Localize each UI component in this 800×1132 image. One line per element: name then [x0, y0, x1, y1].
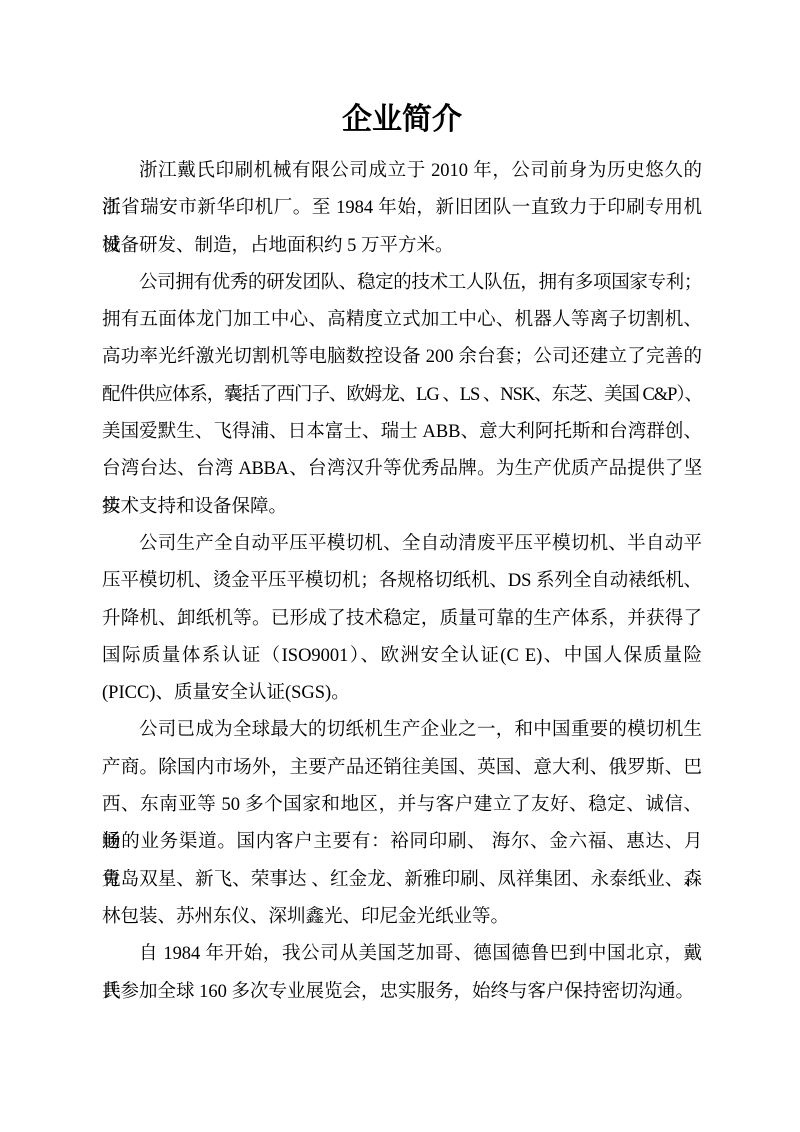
text-line: 自 1984 年开始，我公司从美国芝加哥、德国德鲁巴到中国北京，戴氏: [102, 936, 702, 973]
document-body: 浙江戴氏印刷机械有限公司成立于 2010 年，公司前身为历史悠久的浙江省瑞安市新…: [102, 153, 702, 1011]
text-line: 共参加全球 160 多次专业展览会，忠实服务，始终与客户保持密切沟通。: [102, 974, 702, 1011]
text-line: 高功率光纤激光切割机等电脑数控设备 200 余台套；公司还建立了完善的: [102, 339, 702, 376]
text-line: 压平模切机、烫金平压平模切机；各规格切纸机、DS 系列全自动裱纸机、: [102, 563, 702, 600]
text-line: 公司拥有优秀的研发团队、稳定的技术工人队伍，拥有多项国家专利；: [102, 265, 702, 302]
text-line: (PICC)、质量安全认证(SGS)。: [102, 675, 702, 712]
text-line: 技术支持和设备保障。: [102, 489, 702, 526]
text-line: 美国爱默生、飞得浦、日本富士、瑞士 ABB、意大利阿托斯和台湾群创、: [102, 414, 702, 451]
text-line: 青岛双星、新飞、荣事达 、红金龙、新雅印刷、凤祥集团、永泰纸业、森: [102, 862, 702, 899]
text-line: 配件供应体系，囊括了西门子、欧姆龙、LG 、LS 、NSK、东芝、美国 C&P）…: [102, 377, 702, 414]
text-line: 产商。除国内市场外，主要产品还销往美国、英国、意大利、俄罗斯、巴: [102, 750, 702, 787]
text-line: 设备研发、制造，占地面积约 5 万平方米。: [102, 228, 702, 265]
text-line: 江省瑞安市新华印机厂。至 1984 年始，新旧团队一直致力于印刷专用机械: [102, 190, 702, 227]
text-line: 浙江戴氏印刷机械有限公司成立于 2010 年，公司前身为历史悠久的浙: [102, 153, 702, 190]
text-line: 国际质量体系认证（ISO9001）、欧洲安全认证(C E)、中国人保质量险: [102, 638, 702, 675]
document-page: 企业简介 浙江戴氏印刷机械有限公司成立于 2010 年，公司前身为历史悠久的浙江…: [0, 0, 800, 1132]
text-line: 升降机、卸纸机等。已形成了技术稳定，质量可靠的生产体系，并获得了: [102, 601, 702, 638]
text-line: 西、东南亚等 50 多个国家和地区，并与客户建立了友好、稳定、诚信、畅: [102, 787, 702, 824]
text-line: 台湾台达、台湾 ABBA、台湾汉升等优秀品牌。为生产优质产品提供了坚实: [102, 451, 702, 488]
document-title: 企业简介: [102, 97, 702, 143]
text-line: 通的业务渠道。国内客户主要有：裕同印刷、 海尔、金六福、惠达、月兔、: [102, 824, 702, 861]
text-line: 拥有五面体龙门加工中心、高精度立式加工中心、机器人等离子切割机、: [102, 302, 702, 339]
text-line: 公司已成为全球最大的切纸机生产企业之一，和中国重要的模切机生: [102, 712, 702, 749]
text-line: 林包装、苏州东仪、深圳鑫光、印尼金光纸业等。: [102, 899, 702, 936]
text-line: 公司生产全自动平压平模切机、全自动清废平压平模切机、半自动平: [102, 526, 702, 563]
